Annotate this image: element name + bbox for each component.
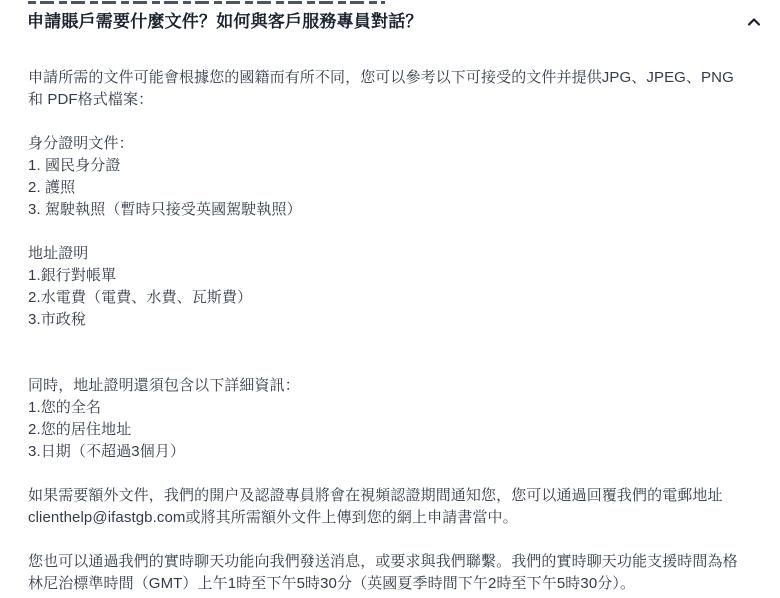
faq-answer: 申請所需的文件可能會根據您的國籍而有所不同，您可以參考以下可接受的文件并提供JP…	[28, 67, 752, 595]
answer-paragraph: 如果需要額外文件，我們的開户及認證專員將會在視頻認證期間通知您，您可以通過回覆我…	[28, 485, 752, 529]
answer-line: 地址證明	[28, 243, 752, 265]
answer-line: 2.您的居住地址	[28, 419, 752, 441]
answer-line: 1.您的全名	[28, 397, 752, 419]
answer-line: 3.日期（不超過3個月）	[28, 441, 752, 463]
answer-line: 3.市政稅	[28, 309, 752, 331]
answer-line: 1. 國民身分證	[28, 155, 752, 177]
faq-question-text: 申請賬戶需要什麼文件？如何與客戶服務專員對話？	[27, 11, 423, 33]
answer-line: 身分證明文件：	[28, 133, 752, 155]
answer-line: 2. 護照	[28, 177, 752, 199]
answer-line-group: 同時，地址證明還須包含以下詳細資訊：1.您的全名2.您的居住地址3.日期（不超過…	[28, 375, 752, 463]
chevron-up-icon[interactable]	[746, 14, 762, 30]
faq-question-header[interactable]: 申請賬戶需要什麼文件？如何與客戶服務專員對話？	[0, 0, 780, 40]
answer-line: 1.銀行對帳單	[28, 265, 752, 287]
answer-line-group: 身分證明文件：1. 國民身分證2. 護照3. 駕駛執照（暫時只接受英國駕駛執照）	[28, 133, 752, 221]
answer-line-group: 地址證明1.銀行對帳單2.水電費（電費、水費、瓦斯費）3.市政稅	[28, 243, 752, 331]
answer-line: 同時，地址證明還須包含以下詳細資訊：	[28, 375, 752, 397]
answer-line: 2.水電費（電費、水費、瓦斯費）	[28, 287, 752, 309]
answer-paragraph: 您也可以通過我們的實時聊天功能向我們發送消息，或要求與我們聯繫。我們的實時聊天功…	[28, 551, 752, 595]
answer-line: 3. 駕駛執照（暫時只接受英國駕駛執照）	[28, 199, 752, 221]
answer-paragraph: 申請所需的文件可能會根據您的國籍而有所不同，您可以參考以下可接受的文件并提供JP…	[28, 67, 752, 111]
faq-page: 申請賬戶需要什麼文件？如何與客戶服務專員對話？ 申請所需的文件可能會根據您的國籍…	[0, 0, 780, 598]
